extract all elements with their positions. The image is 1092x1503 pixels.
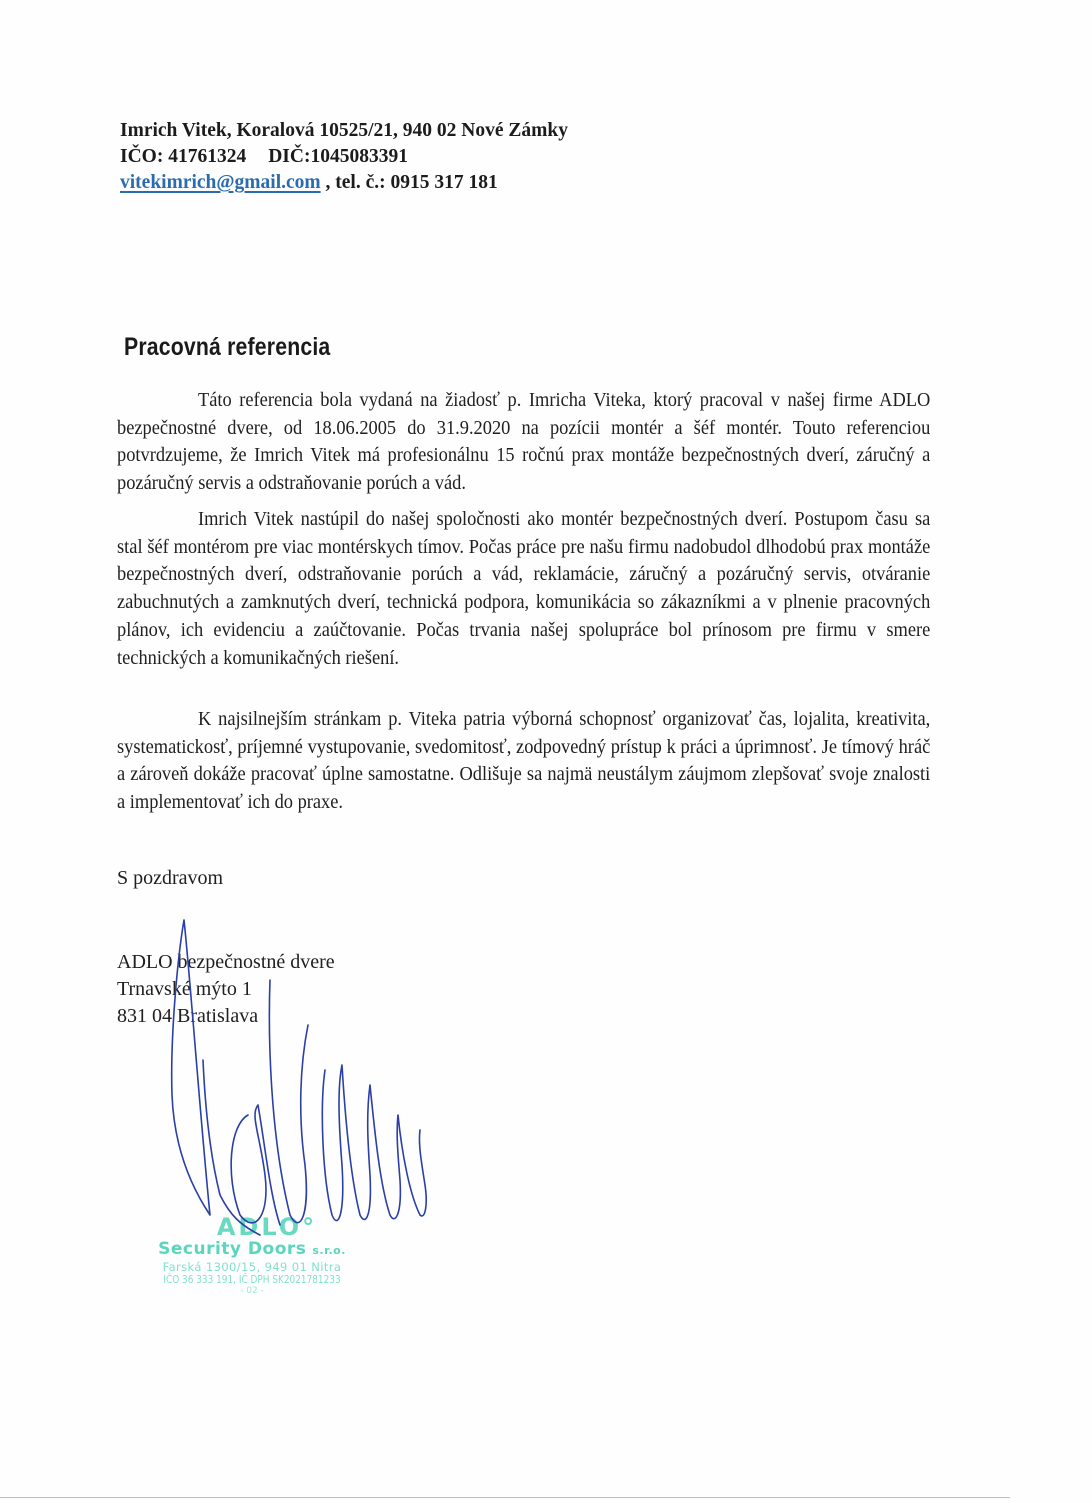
stamp-number: - 02 - <box>132 1286 372 1296</box>
paragraph-text: Táto referencia bola vydaná na žiadosť p… <box>117 387 930 498</box>
company-address: ADLO bezpečnostné dvere Trnavské mýto 1 … <box>117 949 335 1030</box>
closing: S pozdravom <box>117 867 223 890</box>
stamp-suffix: s.r.o. <box>312 1244 346 1257</box>
stamp-logo: ADLO° <box>162 1213 372 1241</box>
company-city: 831 04 Bratislava <box>117 1003 335 1030</box>
company-street: Trnavské mýto 1 <box>117 976 335 1003</box>
company-stamp: ADLO° Security Doorss.r.o. Farská 1300/1… <box>132 1213 372 1296</box>
paragraph-text: K najsilnejším stránkam p. Viteka patria… <box>117 706 930 817</box>
company-name: ADLO bezpečnostné dvere <box>117 949 335 976</box>
stamp-company-name: Security Doorss.r.o. <box>132 1239 372 1261</box>
paragraph-2: Imrich Vitek nastúpil do našej spoločnos… <box>117 506 930 672</box>
letterhead: Imrich Vitek, Koralová 10525/21, 940 02 … <box>120 118 568 196</box>
stamp-name-text: Security Doors <box>158 1239 306 1259</box>
paragraph-1: Táto referencia bola vydaná na žiadosť p… <box>117 387 930 498</box>
paragraph-3: K najsilnejším stránkam p. Viteka patria… <box>117 706 930 817</box>
paragraph-text: Imrich Vitek nastúpil do našej spoločnos… <box>117 506 930 672</box>
sender-name-address: Imrich Vitek, Koralová 10525/21, 940 02 … <box>120 118 568 144</box>
phone: , tel. č.: 0915 317 181 <box>321 172 498 193</box>
stamp-address: Farská 1300/15, 949 01 Nitra <box>132 1261 372 1274</box>
email-link[interactable]: vitekimrich@gmail.com <box>120 172 321 193</box>
dic: DIČ:1045083391 <box>268 146 408 167</box>
page-edge-line <box>0 1497 1010 1498</box>
contact-line: vitekimrich@gmail.com , tel. č.: 0915 31… <box>120 170 568 196</box>
stamp-ids: IČO 36 333 191, IČ DPH SK2021781233 <box>150 1274 354 1286</box>
document-title: Pracovná referencia <box>124 333 330 362</box>
tax-ids: IČO: 41761324DIČ:1045083391 <box>120 144 568 170</box>
ico: IČO: 41761324 <box>120 146 246 167</box>
document-page: Imrich Vitek, Koralová 10525/21, 940 02 … <box>0 0 1092 1503</box>
